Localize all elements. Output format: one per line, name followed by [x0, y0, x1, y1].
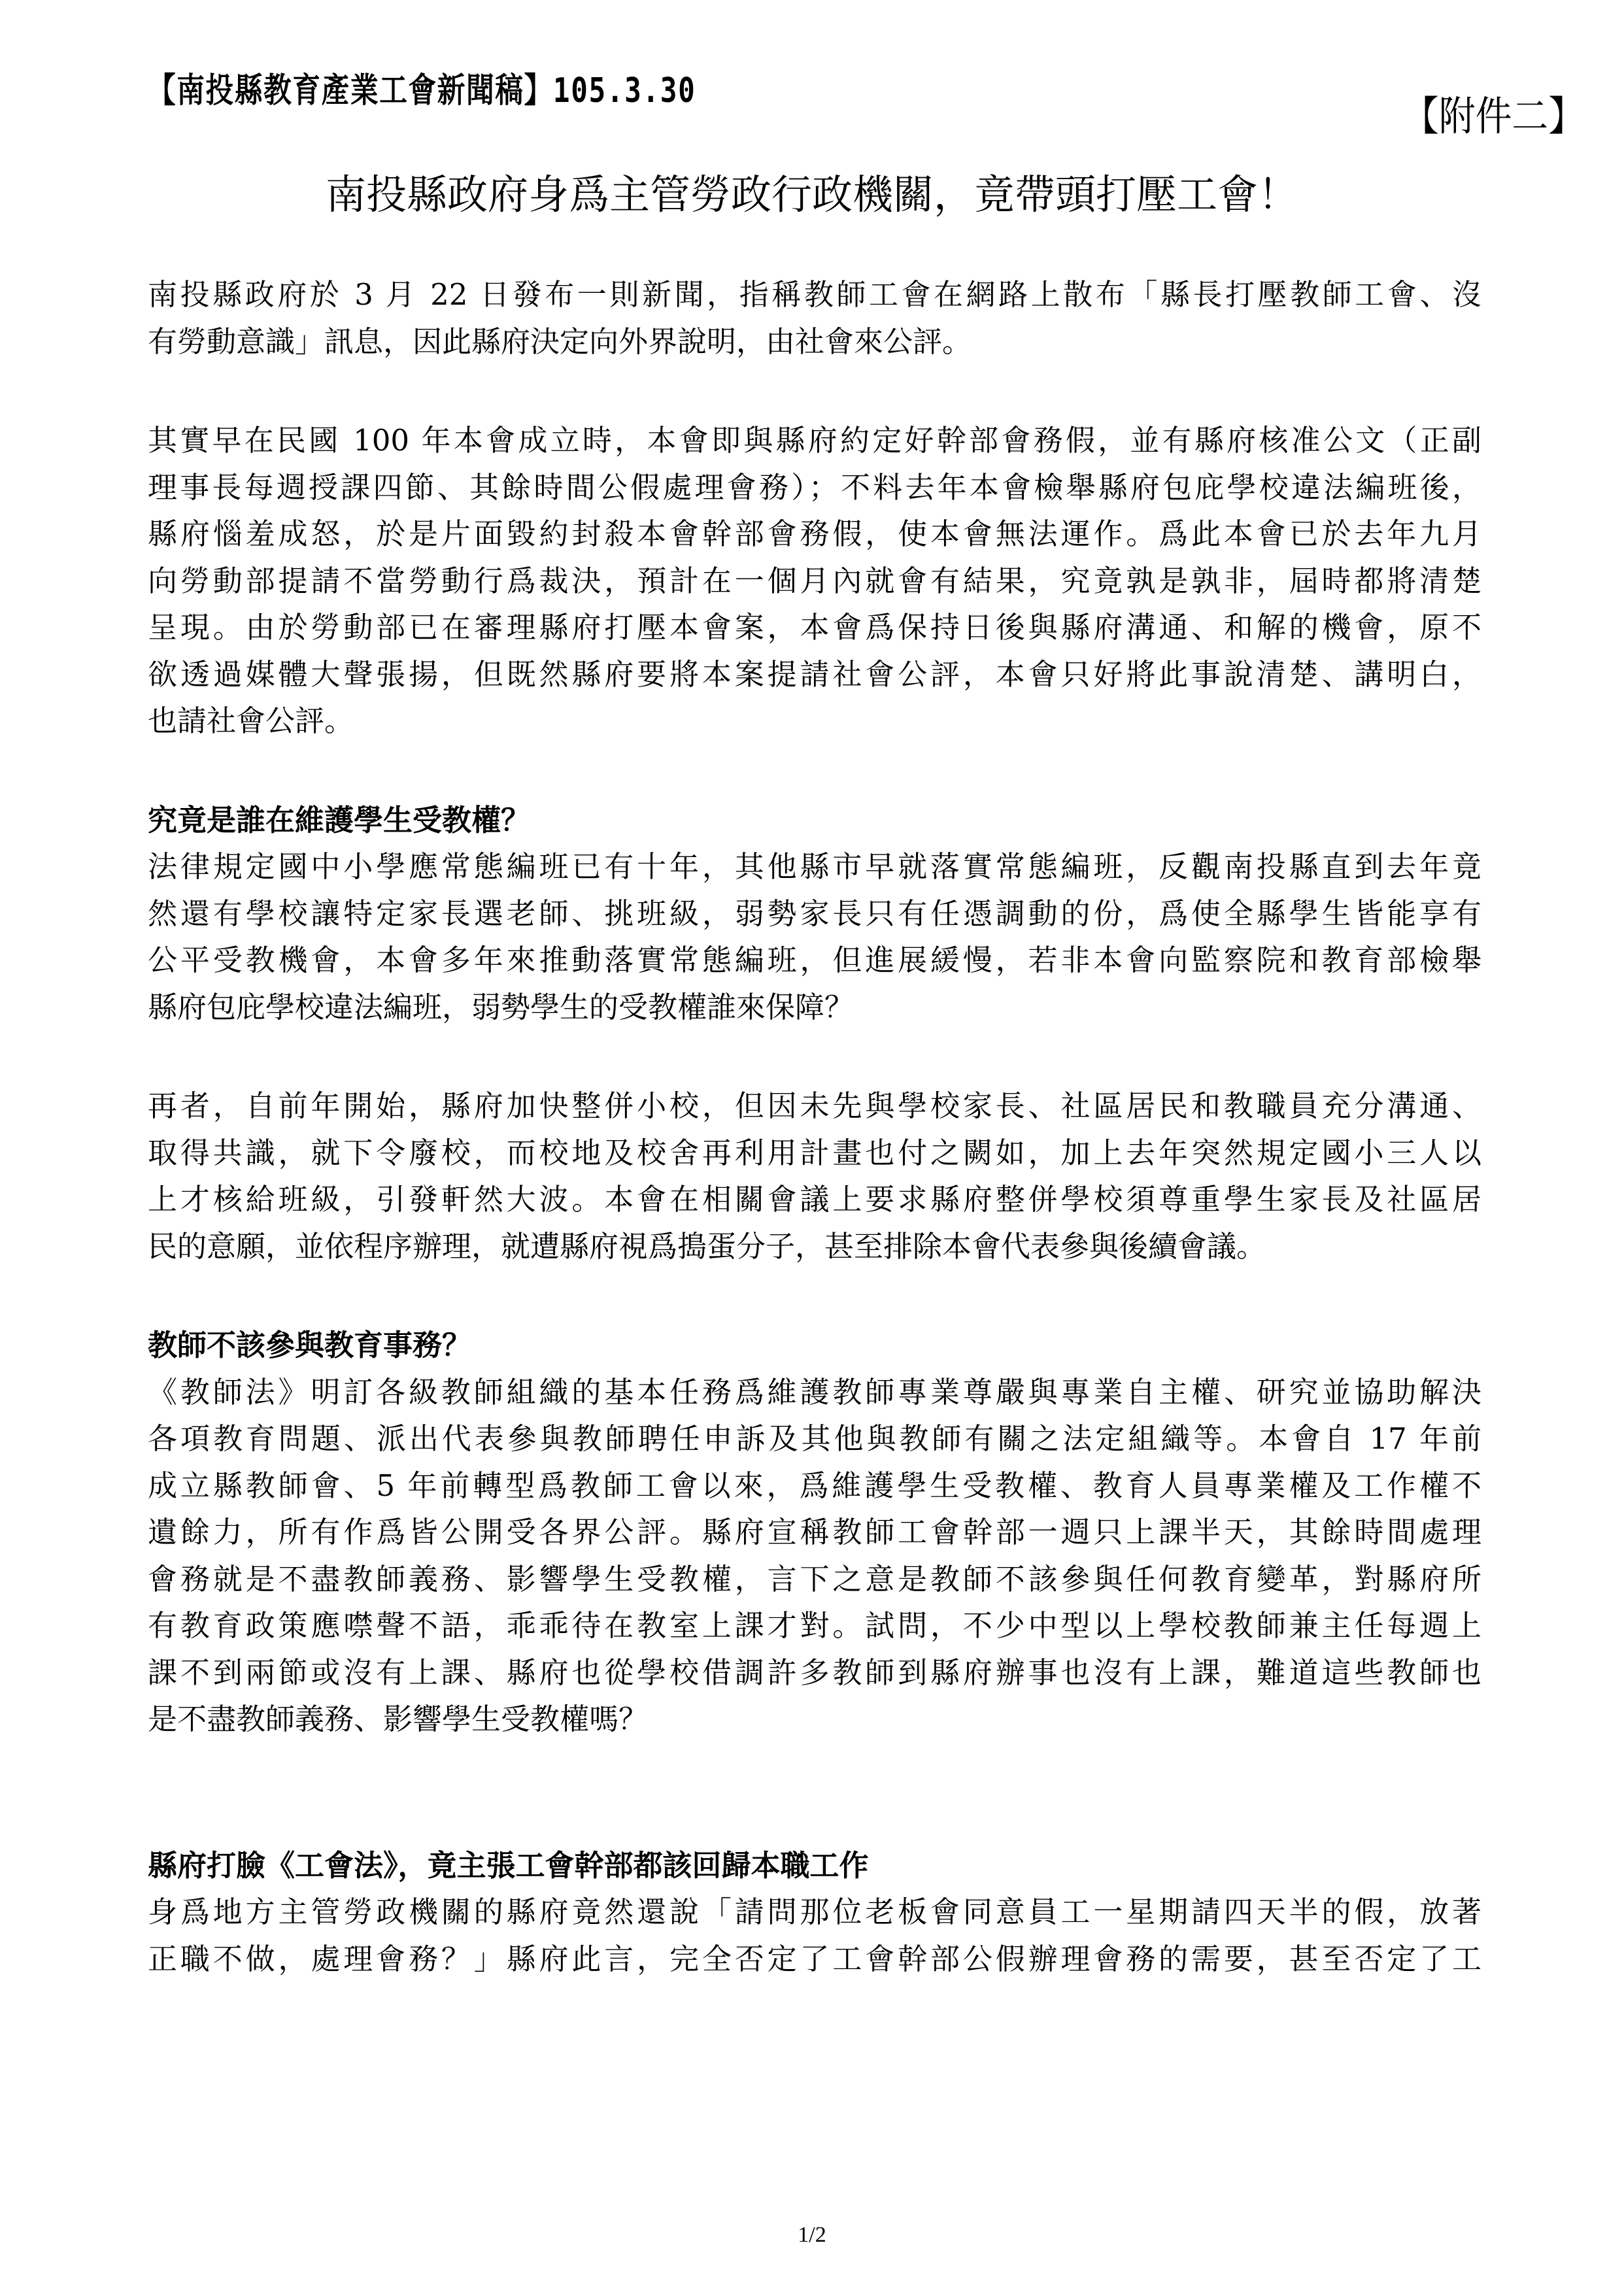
text-line: 其實早在民國 100 年本會成立時，本會即與縣府約定好幹部會務假，並有縣府核准公…	[148, 417, 1481, 464]
text-line: 取得共識，就下令廢校，而校地及校舍再利用計畫也付之闕如，加上去年突然規定國小三人…	[148, 1130, 1481, 1177]
paragraph-normal-class-placement: 法律規定國中小學應常態編班已有十年，其他縣市早就落實常態編班，反觀南投縣直到去年…	[148, 843, 1481, 1030]
text-line: 會務就是不盡教師義務、影響學生受教權，言下之意是教師不該參與任何教育變革，對縣府…	[148, 1556, 1481, 1603]
text-line: 有勞動意識」訊息，因此縣府決定向外界說明，由社會來公評。	[148, 318, 1481, 365]
text-line: 然還有學校讓特定家長選老師、挑班級，弱勢家長只有任憑調動的份，爲使全縣學生皆能享…	[148, 890, 1481, 937]
section-heading-teacher-participation: 教師不該參與教育事務？	[148, 1322, 1481, 1369]
section-heading-union-act: 縣府打臉《工會法》，竟主張工會幹部都該回歸本職工作	[148, 1842, 1481, 1889]
text-line: 是不盡教師義務、影響學生受教權嗎？	[148, 1696, 1481, 1743]
text-line: 上才核給班級，引發軒然大波。本會在相關會議上要求縣府整併學校須尊重學生家長及社區…	[148, 1176, 1481, 1223]
page-number: 1/2	[0, 2223, 1624, 2248]
text-line: 公平受教機會，本會多年來推動落實常態編班，但進展緩慢，若非本會向監察院和教育部檢…	[148, 937, 1481, 984]
text-line: 縣府惱羞成怒，於是片面毀約封殺本會幹部會務假，使本會無法運作。爲此本會已於去年九…	[148, 511, 1481, 558]
text-line: 課不到兩節或沒有上課、縣府也從學校借調許多教師到縣府辦事也沒有上課，難道這些教師…	[148, 1649, 1481, 1696]
paragraph-background: 其實早在民國 100 年本會成立時，本會即與縣府約定好幹部會務假，並有縣府核准公…	[148, 417, 1481, 745]
text-line: 《教師法》明訂各級教師組織的基本任務爲維護教師專業尊嚴與專業自主權、研究並協助解…	[148, 1369, 1481, 1416]
text-line: 欲透過媒體大聲張揚，但既然縣府要將本案提請社會公評，本會只好將此事說清楚、講明白…	[148, 651, 1481, 698]
text-line: 向勞動部提請不當勞動行爲裁決，預計在一個月內就會有結果，究竟孰是孰非，屆時都將清…	[148, 558, 1481, 605]
text-line: 南投縣政府於 3 月 22 日發布一則新聞，指稱教師工會在網路上散布「縣長打壓教…	[148, 271, 1481, 318]
text-line: 民的意願，並依程序辦理，就遭縣府視爲搗蛋分子，甚至排除本會代表參與後續會議。	[148, 1223, 1481, 1270]
paragraph-teachers-act: 《教師法》明訂各級教師組織的基本任務爲維護教師專業尊嚴與專業自主權、研究並協助解…	[148, 1369, 1481, 1743]
text-line: 再者，自前年開始，縣府加快整併小校，但因未先與學校家長、社區居民和教職員充分溝通…	[148, 1083, 1481, 1130]
text-line: 各項教育問題、派出代表參與教師聘任申訴及其他與教師有關之法定組織等。本會自 17…	[148, 1415, 1481, 1462]
text-line: 法律規定國中小學應常態編班已有十年，其他縣市早就落實常態編班，反觀南投縣直到去年…	[148, 843, 1481, 890]
press-release-source: 【南投縣教育產業工會新聞稿】105.3.30	[148, 63, 696, 112]
section-heading-student-rights: 究竟是誰在維護學生受教權？	[148, 797, 1481, 844]
paragraph-intro: 南投縣政府於 3 月 22 日發布一則新聞，指稱教師工會在網路上散布「縣長打壓教…	[148, 271, 1481, 365]
paragraph-school-merger: 再者，自前年開始，縣府加快整併小校，但因未先與學校家長、社區居民和教職員充分溝通…	[148, 1083, 1481, 1270]
text-line: 理事長每週授課四節、其餘時間公假處理會務）；不料去年本會檢舉縣府包庇學校違法編班…	[148, 464, 1481, 511]
text-line: 也請社會公評。	[148, 698, 1481, 745]
text-line: 縣府包庇學校違法編班，弱勢學生的受教權誰來保障？	[148, 984, 1481, 1031]
text-line: 身爲地方主管勞政機關的縣府竟然還說「請問那位老板會同意員工一星期請四天半的假，放…	[148, 1889, 1481, 1936]
document-page: 【南投縣教育產業工會新聞稿】105.3.30 【附件二】 南投縣政府身爲主管勞政…	[0, 0, 1624, 2294]
paragraph-union-leave: 身爲地方主管勞政機關的縣府竟然還說「請問那位老板會同意員工一星期請四天半的假，放…	[148, 1889, 1481, 1982]
document-body: 南投縣政府於 3 月 22 日發布一則新聞，指稱教師工會在網路上散布「縣長打壓教…	[148, 271, 1481, 1982]
text-line: 成立縣教師會、5 年前轉型爲教師工會以來，爲維護學生受教權、教育人員專業權及工作…	[148, 1462, 1481, 1510]
attachment-label: 【附件二】	[1402, 84, 1585, 142]
text-line: 呈現。由於勞動部已在審理縣府打壓本會案，本會爲保持日後與縣府溝通、和解的機會，原…	[148, 604, 1481, 651]
text-line: 遺餘力，所有作爲皆公開受各界公評。縣府宣稱教師工會幹部一週只上課半天，其餘時間處…	[148, 1509, 1481, 1556]
text-line: 正職不做，處理會務？」縣府此言，完全否定了工會幹部公假辦理會務的需要，甚至否定了…	[148, 1936, 1481, 1983]
text-line: 有教育政策應噤聲不語，乖乖待在教室上課才對。試問，不少中型以上學校教師兼主任每週…	[148, 1602, 1481, 1649]
document-title: 南投縣政府身爲主管勞政行政機關，竟帶頭打壓工會！	[0, 162, 1624, 220]
